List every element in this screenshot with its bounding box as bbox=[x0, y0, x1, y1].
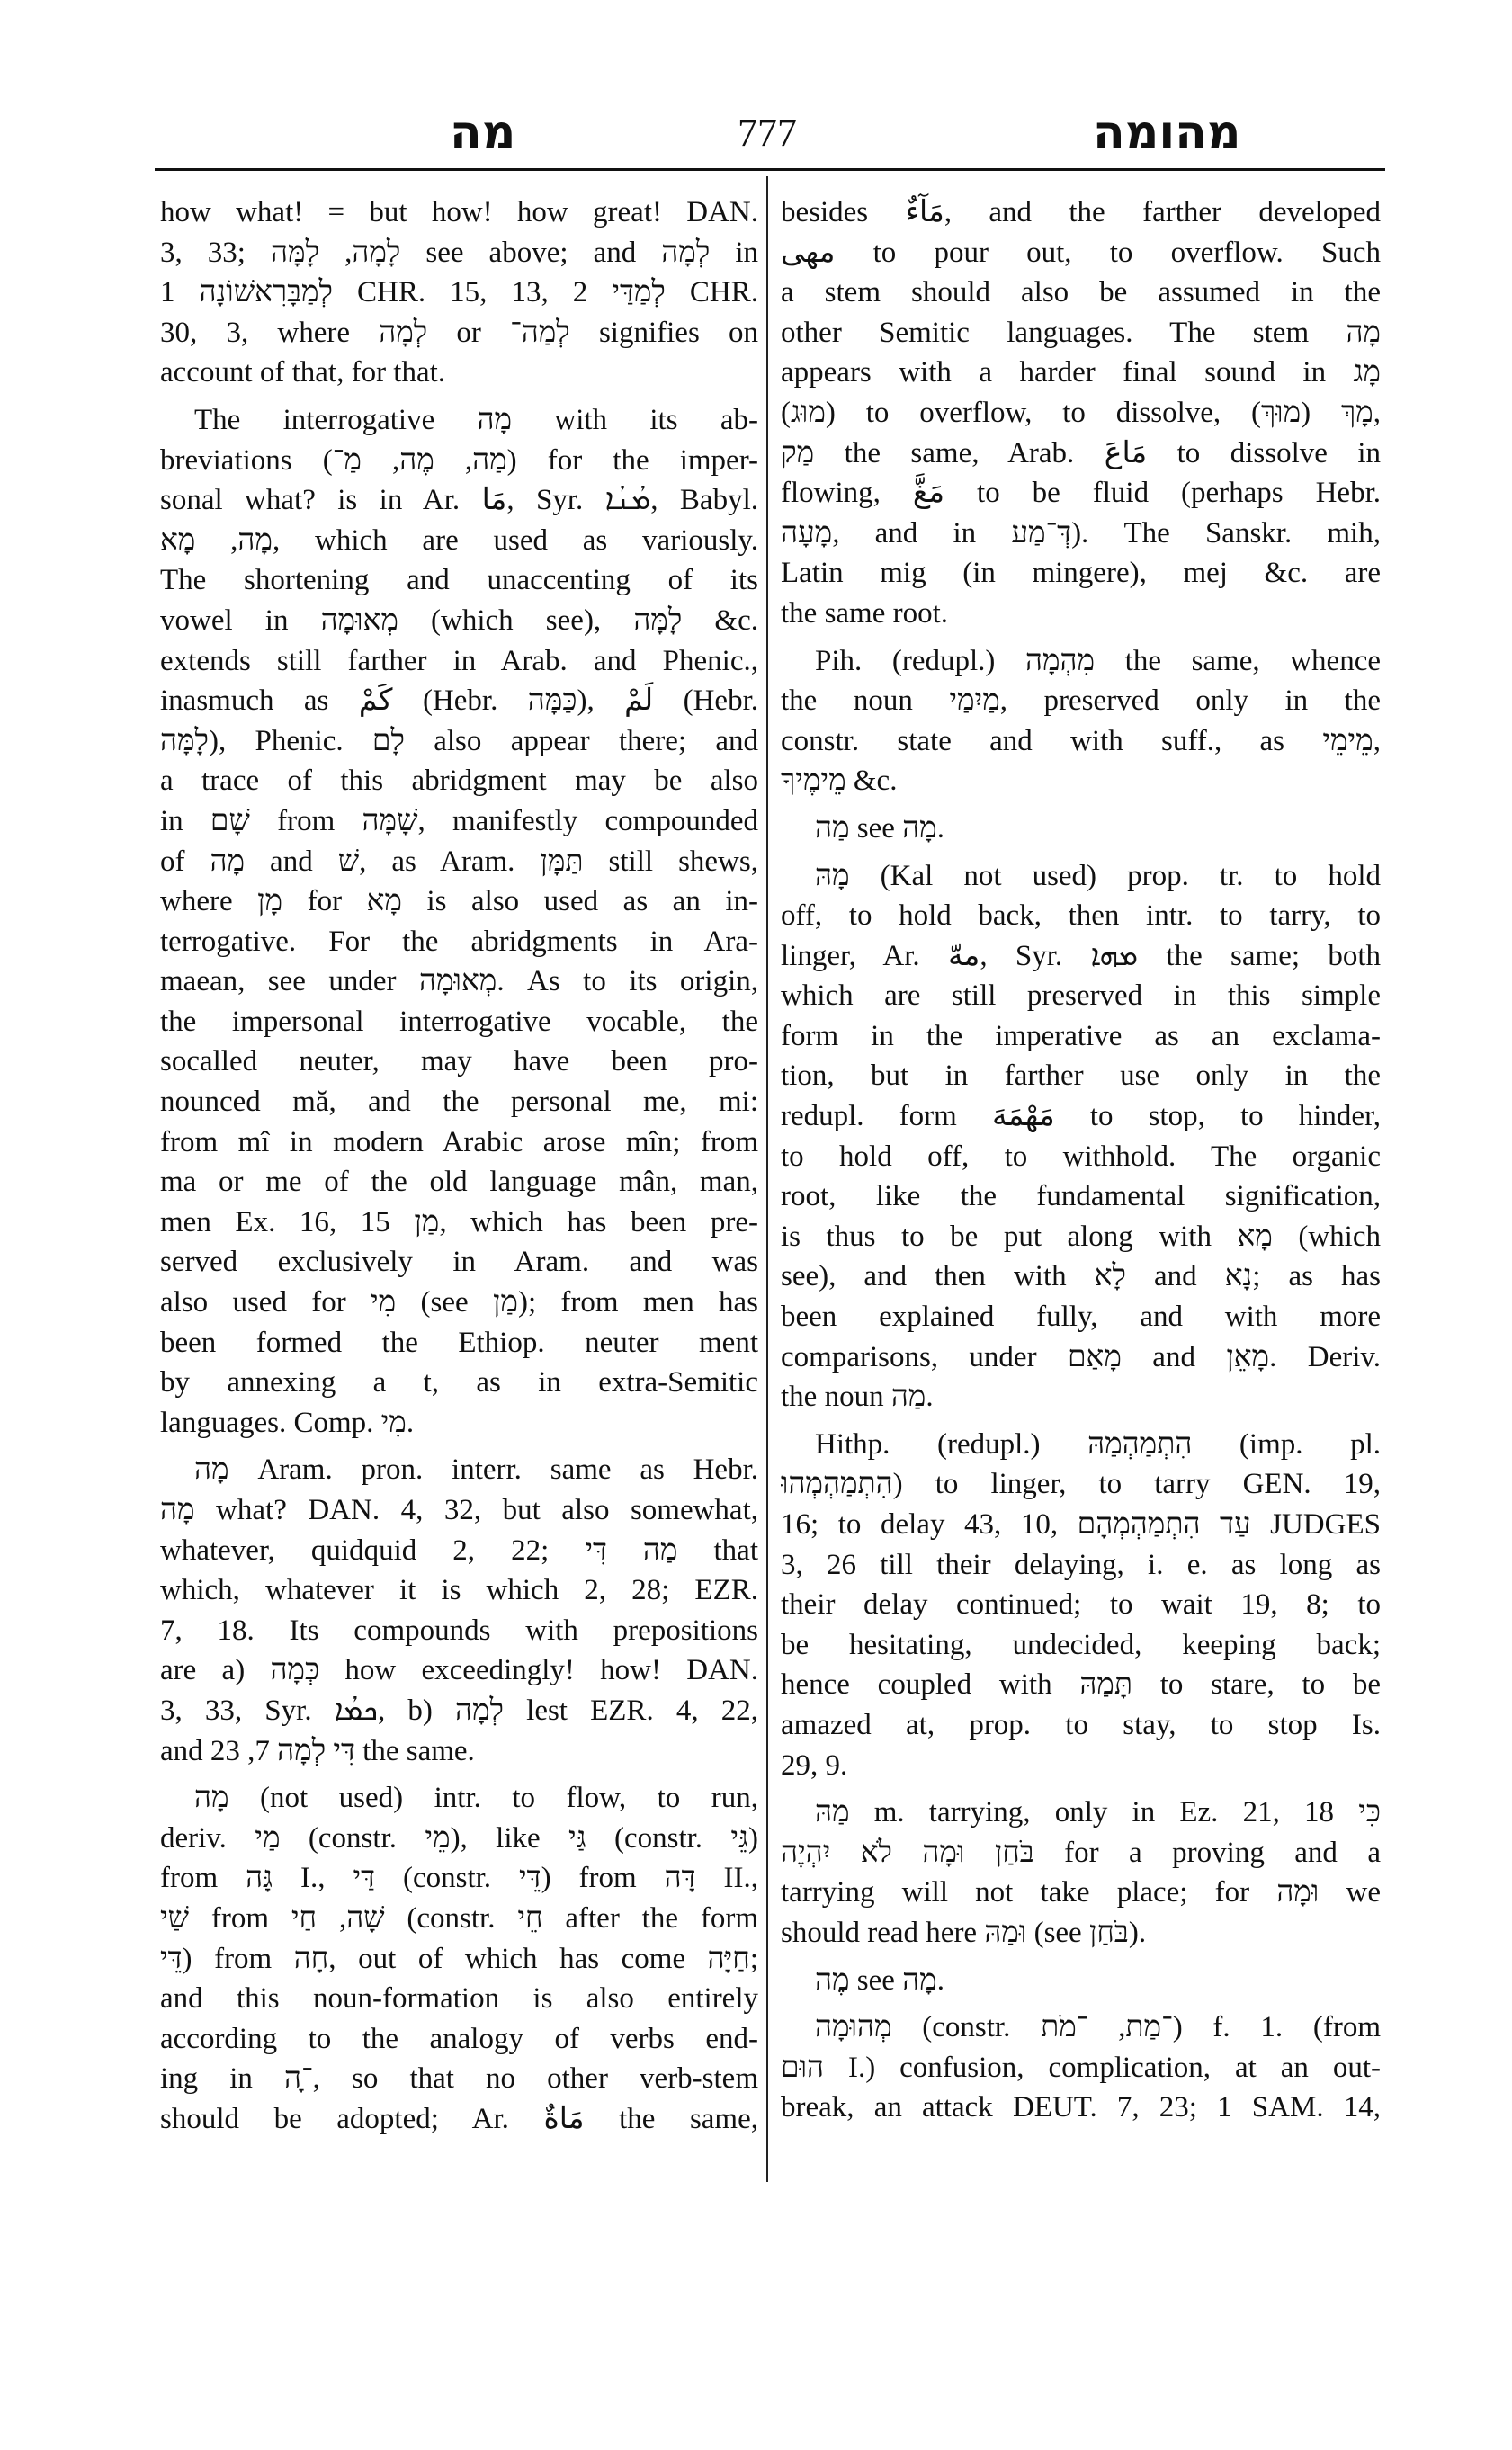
text-line: be hesitating, undecided, keeping back; bbox=[781, 1625, 1381, 1666]
paragraph-gap bbox=[160, 393, 758, 400]
text-line: are a) כְּמָה how exceedingly! how! DAN. bbox=[160, 1650, 758, 1691]
text-line: מְהוּמָה (constr. ־מַת, ־מֹת) f. 1. (fro… bbox=[781, 2007, 1381, 2048]
text-line: account of that, for that. bbox=[160, 353, 758, 393]
text-line: מָה, מָא, which are used as variously. bbox=[160, 521, 758, 561]
text-line: should be adopted; Ar. مَاةٌ the same, bbox=[160, 2099, 758, 2140]
text-line: مهى to pour out, to overflow. Such bbox=[781, 233, 1381, 273]
text-line: from mî in modern Arabic arose mîn; from bbox=[160, 1122, 758, 1163]
text-line: Hithp. (redupl.) הִתְמַהְמַהּ (imp. pl. bbox=[781, 1425, 1381, 1465]
text-line: a stem should also be assumed in the bbox=[781, 273, 1381, 313]
text-line: דֵּי) from חָה, out of which has come חַ… bbox=[160, 1939, 758, 1980]
text-line: amazed at, prop. to stay, to stop Is. bbox=[781, 1705, 1381, 1746]
left-running-headword: מה bbox=[450, 106, 515, 160]
text-line: which are still preserved in this simple bbox=[781, 976, 1381, 1016]
text-line: also used for מִי (see מַן); from men ha… bbox=[160, 1283, 758, 1323]
text-line: 29, 9. bbox=[781, 1746, 1381, 1786]
text-line: men Ex. 16, 15 מַן, which has been pre- bbox=[160, 1203, 758, 1243]
text-line: לָמָּה), Phenic. לָם also appear there; … bbox=[160, 721, 758, 762]
text-line: in שָׁם from שָׁמָּה, manifestly compoun… bbox=[160, 801, 758, 842]
text-line: מֶה see מָה. bbox=[781, 1961, 1381, 2001]
paragraph-gap bbox=[781, 1954, 1381, 1961]
text-line: 3, 33; לָמָה, לָמָּה see above; and לְמָ… bbox=[160, 233, 758, 273]
paragraph-gap bbox=[160, 1771, 758, 1778]
header-rule bbox=[155, 168, 1385, 171]
text-line: constr. state and with suff., as מֵימֵי, bbox=[781, 721, 1381, 762]
text-line: besides مَآءٌ, and the farther developed bbox=[781, 192, 1381, 233]
text-line: root, like the fundamental signification… bbox=[781, 1176, 1381, 1217]
right-running-headword: מהומה bbox=[1093, 106, 1241, 160]
text-line: served exclusively in Aram. and was bbox=[160, 1242, 758, 1283]
text-line: off, to hold back, then intr. to tarry, … bbox=[781, 896, 1381, 936]
paragraph-gap bbox=[160, 1443, 758, 1450]
text-line: from גָּה I., דַּי (constr. דֵּי) from ד… bbox=[160, 1858, 758, 1899]
paragraph-gap bbox=[781, 1417, 1381, 1425]
text-line: extends still farther in Arab. and Pheni… bbox=[160, 641, 758, 682]
text-line: בֹּחַן וּמָה לֹא יִהְיֶה for a proving a… bbox=[781, 1833, 1381, 1873]
text-line: and this noun-formation is also entirely bbox=[160, 1979, 758, 2019]
text-line: vowel in מְאוּמָה (which see), לָמָּה &c… bbox=[160, 601, 758, 641]
text-line: a trace of this abridgment may be also bbox=[160, 761, 758, 801]
paragraph-gap bbox=[781, 2000, 1381, 2007]
text-line: the impersonal interrogative vocable, th… bbox=[160, 1002, 758, 1042]
text-line: according to the analogy of verbs end- bbox=[160, 2019, 758, 2060]
text-line: linger, Ar. مهّ, Syr. ܡܗܐ the same; both bbox=[781, 936, 1381, 977]
text-line: terrogative. For the abridgments in Ara- bbox=[160, 922, 758, 962]
text-line: שַׁי from שָׁה, חַי (constr. חֵי after t… bbox=[160, 1899, 758, 1939]
text-line: הִתְמַהְמְהוּ) to linger, to tarry GEN. … bbox=[781, 1464, 1381, 1505]
text-line: מָה Aram. pron. interr. same as Hebr. bbox=[160, 1450, 758, 1490]
text-line: of מָה and שׁ, as Aram. תַּמָּן still sh… bbox=[160, 842, 758, 882]
text-line: לְמַבָּרִאשׁוֹנָה 1 CHR. 15, 13, לְמַדַּ… bbox=[160, 273, 758, 313]
text-line: appears with a harder final sound in מָג bbox=[781, 353, 1381, 393]
text-line: מָעָה, and in דְּ־מַע). The Sanskr. mih, bbox=[781, 514, 1381, 554]
text-line: the noun מַיִמַי, preserved only in the bbox=[781, 681, 1381, 721]
text-line: where מָן for מָא is also used as an in- bbox=[160, 881, 758, 922]
text-line: should read here וּמַהּ (see בֹּחַן). bbox=[781, 1913, 1381, 1954]
text-line: is thus to be put along with מָא (which bbox=[781, 1217, 1381, 1257]
text-line: which, whatever it is which 2, 28; EZR. bbox=[160, 1570, 758, 1611]
text-line: Pih. (redupl.) מִהְמָה the same, whence bbox=[781, 641, 1381, 682]
right-column: besides مَآءٌ, and the farther developed… bbox=[781, 192, 1381, 2128]
text-line: socalled neuter, may have been pro- bbox=[160, 1042, 758, 1082]
text-line: מַה see מָה. bbox=[781, 809, 1381, 849]
text-line: nounced mă, and the personal me, mi: bbox=[160, 1082, 758, 1122]
text-line: 16; to delay 43, 10, עַד הִתְמַהְמְהָם J… bbox=[781, 1505, 1381, 1545]
text-line: tarrying will not take place; for וּמָה … bbox=[781, 1873, 1381, 1913]
text-line: מָה what? DAN. 4, 32, but also somewhat, bbox=[160, 1490, 758, 1531]
text-line: their delay continued; to wait 19, 8; to bbox=[781, 1585, 1381, 1625]
text-line: tion, but in farther use only in the bbox=[781, 1056, 1381, 1096]
text-line: inasmuch as كَمْ (Hebr. כַּמָּה), لَمْ (… bbox=[160, 681, 758, 721]
text-line: Latin mig (in mingere), mej &c. are bbox=[781, 553, 1381, 594]
left-column: how what! = but how! how great! DAN.3, 3… bbox=[160, 192, 758, 2140]
text-line: form in the imperative as an exclama- bbox=[781, 1016, 1381, 1057]
text-line: מַק the same, Arab. مَاعَ to dissolve in bbox=[781, 434, 1381, 474]
paragraph-gap bbox=[781, 801, 1381, 809]
text-line: (מוּג) to overflow, to dissolve, מָךְ (מ… bbox=[781, 393, 1381, 434]
text-line: comparisons, under מָאַם and מָאֵן. Deri… bbox=[781, 1337, 1381, 1378]
text-line: hence coupled with תָּמַהּ to stare, to … bbox=[781, 1665, 1381, 1705]
text-line: 3, 26 till their delaying, i. e. as long… bbox=[781, 1545, 1381, 1586]
text-line: sonal what? is in Ar. مَا, Syr. ܡܳܢܳܐ, B… bbox=[160, 480, 758, 521]
text-line: maean, see under מְאוּמָה. As to its ori… bbox=[160, 961, 758, 1002]
text-line: הוּם I.) confusion, complication, at an … bbox=[781, 2048, 1381, 2088]
text-line: the same root. bbox=[781, 594, 1381, 634]
text-line: whatever, quidquid 2, 22; מַה דִּי that bbox=[160, 1531, 758, 1571]
paragraph-gap bbox=[781, 634, 1381, 641]
text-line: ma or me of the old language mân, man, bbox=[160, 1162, 758, 1203]
column-divider bbox=[766, 176, 768, 2182]
text-line: how what! = but how! how great! DAN. bbox=[160, 192, 758, 233]
text-line: מָהּ (Kal not used) prop. tr. to hold bbox=[781, 856, 1381, 897]
text-line: other Semitic languages. The stem מָה bbox=[781, 313, 1381, 353]
text-line: 3, 33, Syr. ܟܡܳܐ, b) לְמָה lest EZR. 4, … bbox=[160, 1691, 758, 1731]
text-line: see), and then with לָא and נָא; as has bbox=[781, 1256, 1381, 1297]
text-line: ing in ־ָה, so that no other verb-stem bbox=[160, 2059, 758, 2099]
paragraph-gap bbox=[781, 849, 1381, 856]
paragraph-gap bbox=[781, 1785, 1381, 1793]
text-line: and דִּי לְמָה 7, 23 the same. bbox=[160, 1731, 758, 1772]
text-line: flowing, مَغَّ to be fluid (perhaps Hebr… bbox=[781, 473, 1381, 514]
text-line: been explained fully, and with more bbox=[781, 1297, 1381, 1337]
text-line: been formed the Ethiop. neuter ment bbox=[160, 1323, 758, 1364]
text-line: מָה (not used) intr. to flow, to run, bbox=[160, 1778, 758, 1819]
text-line: The shortening and unaccenting of its bbox=[160, 560, 758, 601]
text-line: 30, 3, where לְמָה or לְמַה־ signifies o… bbox=[160, 313, 758, 353]
text-line: מַהּ m. tarrying, only in Ez. 21, 18 כִּ… bbox=[781, 1793, 1381, 1833]
text-line: מֵימֶיךָ &c. bbox=[781, 761, 1381, 801]
text-line: languages. Comp. מִי. bbox=[160, 1403, 758, 1444]
text-line: redupl. form مَهْمَهَ to stop, to hinder… bbox=[781, 1096, 1381, 1137]
text-line: to hold off, to withhold. The organic bbox=[781, 1137, 1381, 1177]
text-line: break, an attack DEUT. 7, 23; 1 SAM. 14, bbox=[781, 2088, 1381, 2128]
page-header: מה 777 מהומה bbox=[153, 106, 1385, 169]
text-line: The interrogative מָה with its ab- bbox=[160, 400, 758, 441]
text-line: the noun מַה. bbox=[781, 1377, 1381, 1417]
text-line: breviations (מַה, מֶה, מַ־) for the impe… bbox=[160, 441, 758, 481]
text-line: deriv. מַי (constr. מֵי), like גַּי (con… bbox=[160, 1819, 758, 1859]
text-line: by annexing a t, as in extra-Semitic bbox=[160, 1363, 758, 1403]
text-line: 7, 18. Its compounds with prepositions bbox=[160, 1611, 758, 1651]
page-number: 777 bbox=[738, 110, 797, 156]
